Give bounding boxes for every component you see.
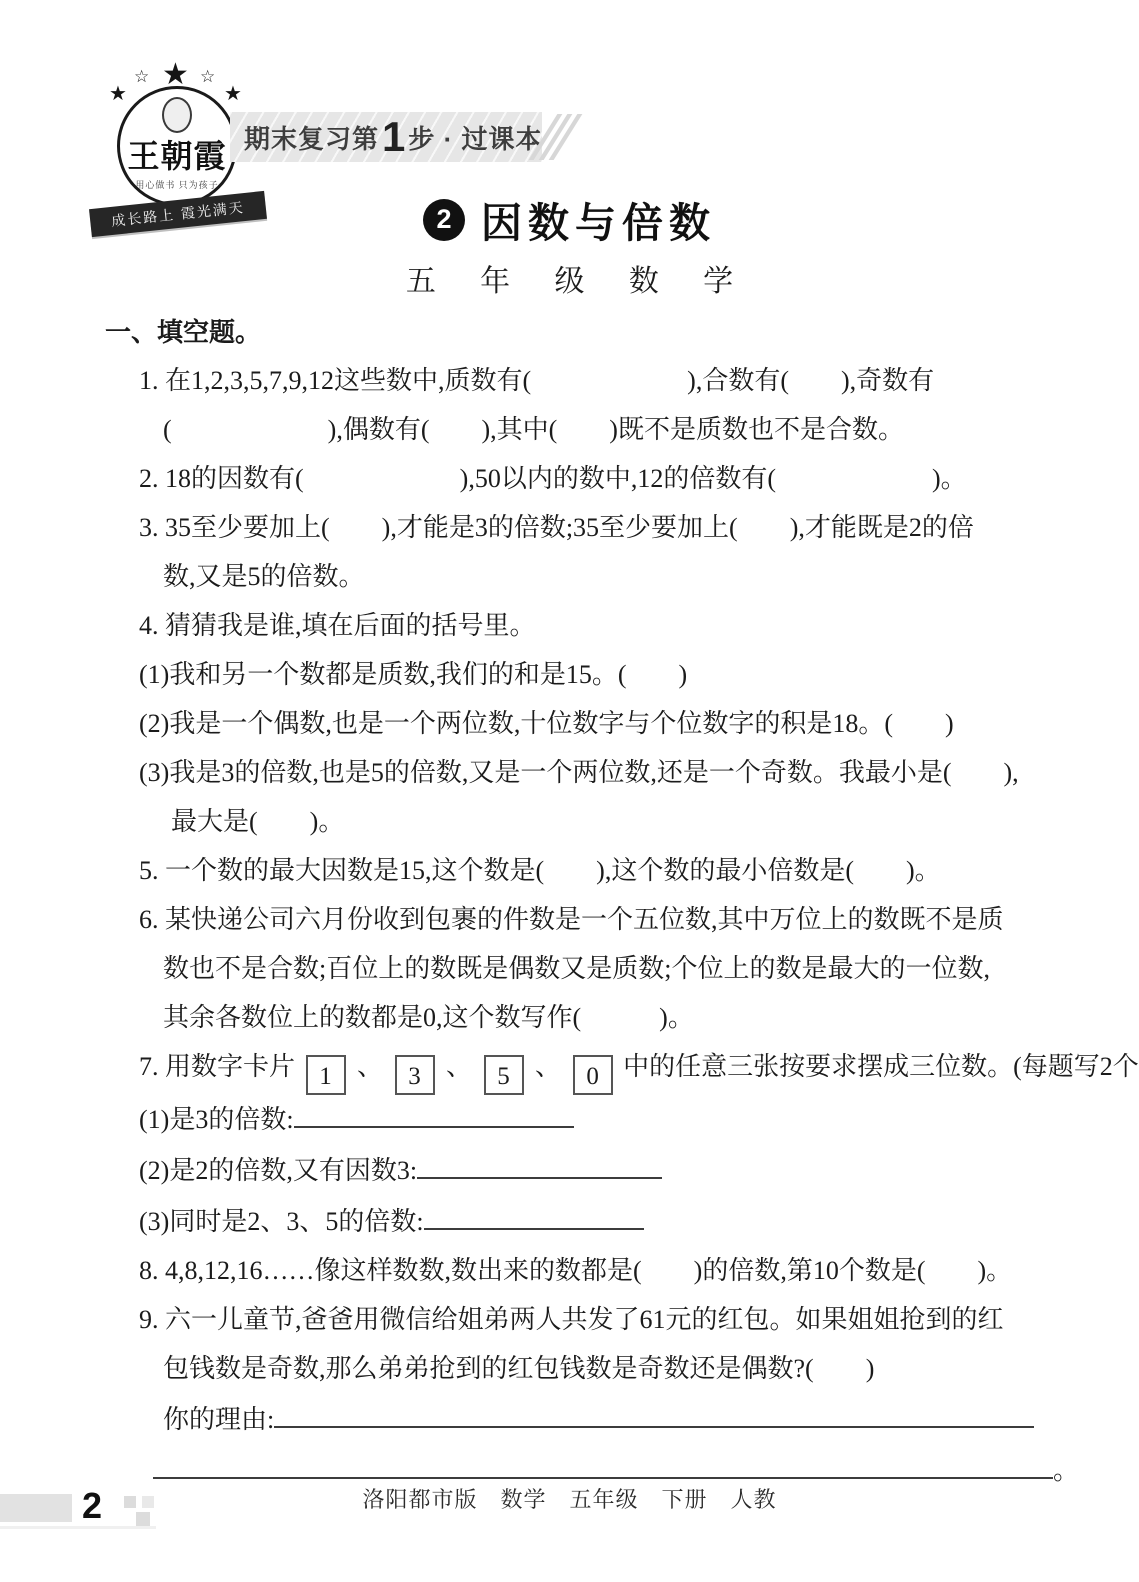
decorative-square: [136, 1512, 150, 1526]
page-number: 2: [82, 1486, 102, 1526]
star-icon: ★: [109, 83, 127, 103]
question-1-line-2: ( ),偶数有( ),其中( )既不是质数也不是合数。: [105, 416, 1085, 444]
digit-card: 5: [484, 1055, 524, 1095]
question-6-line-2: 数也不是合数;百位上的数既是偶数又是质数;个位上的数是最大的一位数,: [105, 955, 1085, 983]
question-7-sub-1: (1)是3的倍数:: [105, 1104, 1085, 1134]
question-7-sub-1-label: (1)是3的倍数:: [139, 1105, 294, 1134]
question-7-stem: 7. 用数字卡片 1 、 3 、 5 、 0 中的任意三张按要求摆成三位数。(每…: [105, 1053, 1085, 1095]
star-icon: ★: [224, 83, 242, 103]
footer-edition-text: 洛阳都市版 数学 五年级 下册 人教: [0, 1483, 1139, 1514]
question-6-line-1: 6. 某快递公司六月份收到包裹的件数是一个五位数,其中万位上的数既不是质: [105, 906, 1085, 934]
digit-card: 3: [395, 1055, 435, 1095]
question-4-sub-2: (2)我是一个偶数,也是一个两位数,十位数字与个位数字的积是18。( ): [105, 710, 1085, 738]
banner-step-number: 1: [382, 116, 405, 158]
card-separator: 、: [357, 1052, 383, 1081]
answer-blank: [424, 1206, 644, 1230]
star-icon: ☆: [134, 69, 149, 86]
answer-blank: [417, 1155, 662, 1179]
question-7-sub-2: (2)是2的倍数,又有因数3:: [105, 1155, 1085, 1185]
decorative-square: [124, 1496, 136, 1508]
question-7-sub-2-label: (2)是2的倍数,又有因数3:: [139, 1156, 417, 1185]
decorative-rule: [0, 1526, 156, 1529]
questions-area: 一、填空题。 1. 在1,2,3,5,7,9,12这些数中,质数有( ),合数有…: [105, 318, 1085, 1506]
page-number-block: 2: [0, 1486, 170, 1532]
question-7-sub-3-label: (3)同时是2、3、5的倍数:: [139, 1207, 424, 1236]
section-number-badge: 2: [423, 199, 465, 241]
banner-text-post: 步 · 过课本: [408, 119, 542, 156]
question-1-line-1: 1. 在1,2,3,5,7,9,12这些数中,质数有( ),合数有( ),奇数有: [105, 367, 1085, 395]
digit-card: 0: [573, 1055, 613, 1095]
question-5: 5. 一个数的最大因数是15,这个数是( ),这个数的最小倍数是( )。: [105, 857, 1085, 885]
question-7-prefix: 7. 用数字卡片: [139, 1052, 295, 1081]
banner-text-pre: 期末复习第: [244, 119, 379, 156]
question-2: 2. 18的因数有( ),50以内的数中,12的倍数有( )。: [105, 465, 1085, 493]
worksheet-page: ★ ☆ ★ ☆ ★ 王朝霞 用心做书 只为孩子 成长路上 霞光满天 期末复习第 …: [0, 0, 1139, 1582]
line-end-period: 。: [1053, 1456, 1079, 1485]
star-icon: ☆: [200, 69, 215, 86]
question-9-line-3: 你的理由:: [105, 1404, 1085, 1434]
answer-continuation-line: 。: [105, 1455, 1085, 1485]
question-4-sub-3-line-1: (3)我是3的倍数,也是5的倍数,又是一个两位数,还是一个奇数。我最小是( ),: [105, 759, 1085, 787]
question-4-sub-1: (1)我和另一个数都是质数,我们的和是15。( ): [105, 661, 1085, 689]
card-separator: 、: [446, 1052, 472, 1081]
digit-card: 1: [306, 1055, 346, 1095]
banner-slashes-decoration: [543, 114, 568, 160]
question-3-line-2: 数,又是5的倍数。: [105, 563, 1085, 591]
portrait-icon: [162, 97, 192, 133]
question-8: 8. 4,8,12,16……像这样数数,数出来的数都是( )的倍数,第10个数是…: [105, 1257, 1085, 1285]
answer-blank: [294, 1104, 574, 1128]
question-4-sub-3-line-2: 最大是( )。: [105, 808, 1085, 836]
section-heading: 一、填空题。: [105, 318, 1085, 346]
answer-blank: [153, 1455, 1053, 1479]
subtitle: 五 年 级 数 学: [0, 256, 1139, 300]
question-9-line-1: 9. 六一儿童节,爸爸用微信给姐弟两人共发了61元的红包。如果姐姐抢到的红: [105, 1306, 1085, 1334]
decorative-bar: [0, 1494, 72, 1522]
title-text: 因数与倍数: [481, 200, 716, 246]
question-3-line-1: 3. 35至少要加上( ),才能是3的倍数;35至少要加上( ),才能既是2的倍: [105, 514, 1085, 542]
decorative-square: [142, 1496, 154, 1508]
header-banner: 期末复习第 1 步 · 过课本: [230, 112, 542, 162]
question-7-sub-3: (3)同时是2、3、5的倍数:: [105, 1206, 1085, 1236]
reason-blank: [274, 1404, 1034, 1428]
page-title: 2因数与倍数: [0, 190, 1139, 249]
question-6-line-3: 其余各数位上的数都是0,这个数写作( )。: [105, 1004, 1085, 1032]
card-separator: 、: [535, 1052, 561, 1081]
question-7-suffix: 中的任意三张按要求摆成三位数。(每题写2个): [623, 1052, 1139, 1081]
logo-circle: 王朝霞 用心做书 只为孩子: [117, 86, 237, 206]
question-9-line-2: 包钱数是奇数,那么弟弟抢到的红包钱数是奇数还是偶数?( ): [105, 1355, 1085, 1383]
reason-label: 你的理由:: [163, 1405, 274, 1434]
question-4-stem: 4. 猜猜我是谁,填在后面的括号里。: [105, 612, 1085, 640]
brand-name: 王朝霞: [120, 131, 234, 177]
